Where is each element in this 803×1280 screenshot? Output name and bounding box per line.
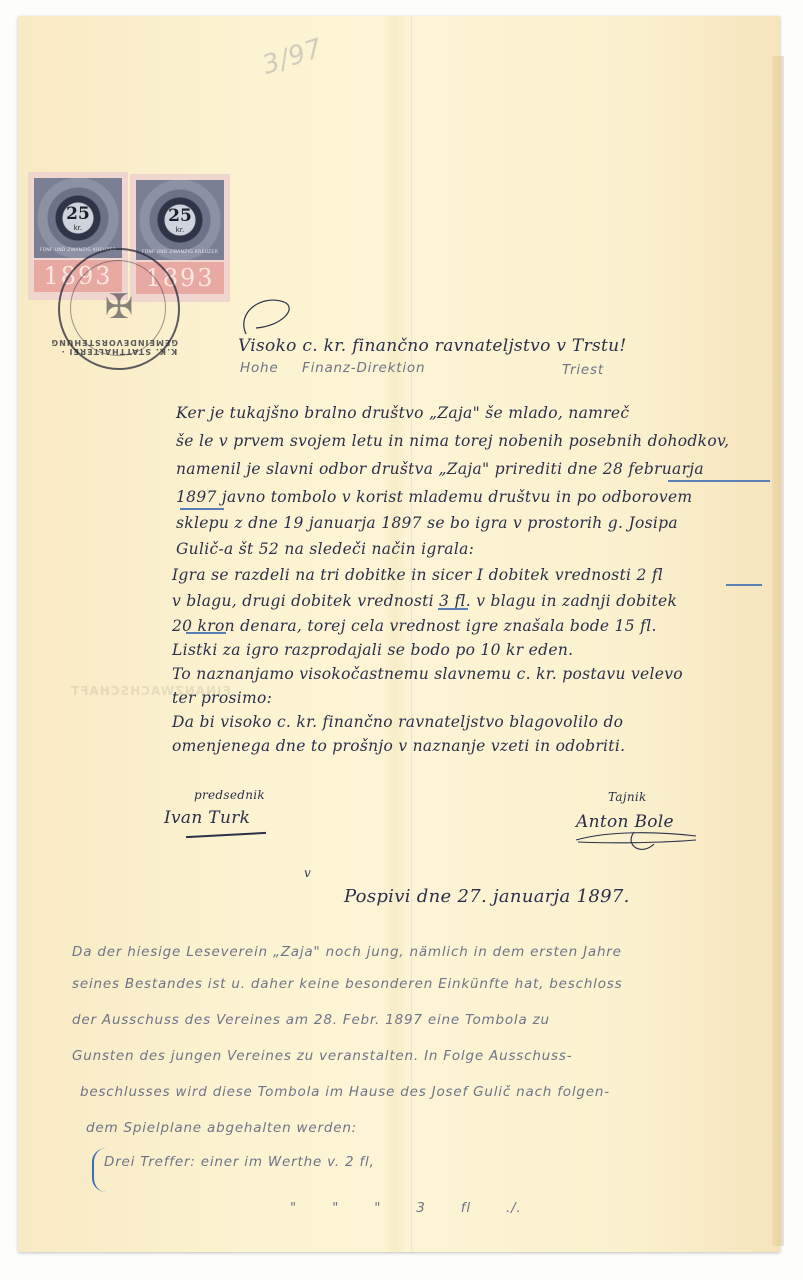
initial-flourish (232, 292, 302, 340)
body-line: Da bi visoko c. kr. finančno ravnateljst… (172, 713, 623, 731)
body-line: To naznanjamo visokočastnemu slavnemu c.… (172, 665, 683, 683)
signature-flourish (572, 826, 702, 856)
body-line: Gulič-a št 52 na sledeči način igrala: (176, 540, 474, 558)
underline-prize-2 (438, 608, 468, 610)
translation-line: Drei Treffer: einer im Werthe v. 2 fl, (104, 1154, 375, 1170)
official-seal: ✠ K.K. STATTHALTEREI · GEMEINDEVORSTEHUN… (58, 248, 180, 370)
place-prefix: v (304, 866, 311, 880)
place-date: Pospivi dne 27. januarja 1897. (344, 886, 630, 907)
seal-text: K.K. STATTHALTEREI · GEMEINDEVORSTEHUNG (60, 338, 178, 356)
signature-role-left: predsednik (194, 788, 265, 802)
signature-name-left: Ivan Turk (164, 808, 250, 828)
double-eagle-icon: ✠ (96, 284, 142, 330)
translation-finanz-direktion: Finanz-Direktion (302, 360, 425, 376)
underline-date (668, 480, 770, 482)
underline-prize-1 (726, 584, 762, 586)
body-line: sklepu z dne 19 januarja 1897 se bo igra… (176, 514, 678, 532)
translation-line: Gunsten des jungen Vereines zu veranstal… (72, 1048, 572, 1064)
translation-line: seines Bestandes ist u. daher keine beso… (72, 976, 622, 992)
body-line: Listki za igro razprodajali se bodo po 1… (172, 641, 573, 659)
translation-line: " " " 3 fl ./. (290, 1200, 522, 1216)
address-line: Visoko c. kr. finančno ravnateljstvo v T… (238, 336, 627, 356)
stamp-value: 25 (132, 206, 228, 226)
body-line: še le v prvem svojem letu in nima torej … (176, 432, 729, 450)
translation-hohe: Hohe (240, 360, 278, 376)
stamp-unit: kr. (132, 226, 228, 234)
body-line: v blagu, drugi dobitek vrednosti 3 fl. v… (172, 592, 677, 610)
signature-role-right: Tajnik (608, 790, 647, 804)
translation-line: beschlusses wird diese Tombola im Hause … (80, 1084, 610, 1100)
body-line: namenil je slavni odbor društva „Zaja" p… (176, 460, 704, 478)
underline-prize-3 (186, 632, 226, 634)
underline-year (180, 508, 224, 510)
body-line: Igra se razdeli na tri dobitke in sicer … (172, 566, 663, 584)
body-line: 20 kron denara, torej cela vrednost igre… (172, 617, 657, 635)
translation-line: dem Spielplane abgehalten werden: (86, 1120, 357, 1136)
stamp-value: 25 (30, 204, 126, 224)
stamp-unit: kr. (30, 224, 126, 232)
translation-line: der Ausschuss des Vereines am 28. Febr. … (72, 1012, 550, 1028)
translation-triest: Triest (562, 362, 604, 378)
body-line: ter prosimo: (172, 689, 272, 707)
translation-line: Da der hiesige Leseverein „Zaja" noch ju… (72, 944, 622, 960)
body-line: 1897 javno tombolo v korist mlademu druš… (176, 488, 692, 506)
body-line: Ker je tukajšno bralno društvo „Zaja" še… (176, 404, 629, 422)
torn-right-edge (772, 56, 784, 1246)
body-line: omenjenega dne to prošnjo v naznanje vze… (172, 737, 625, 755)
